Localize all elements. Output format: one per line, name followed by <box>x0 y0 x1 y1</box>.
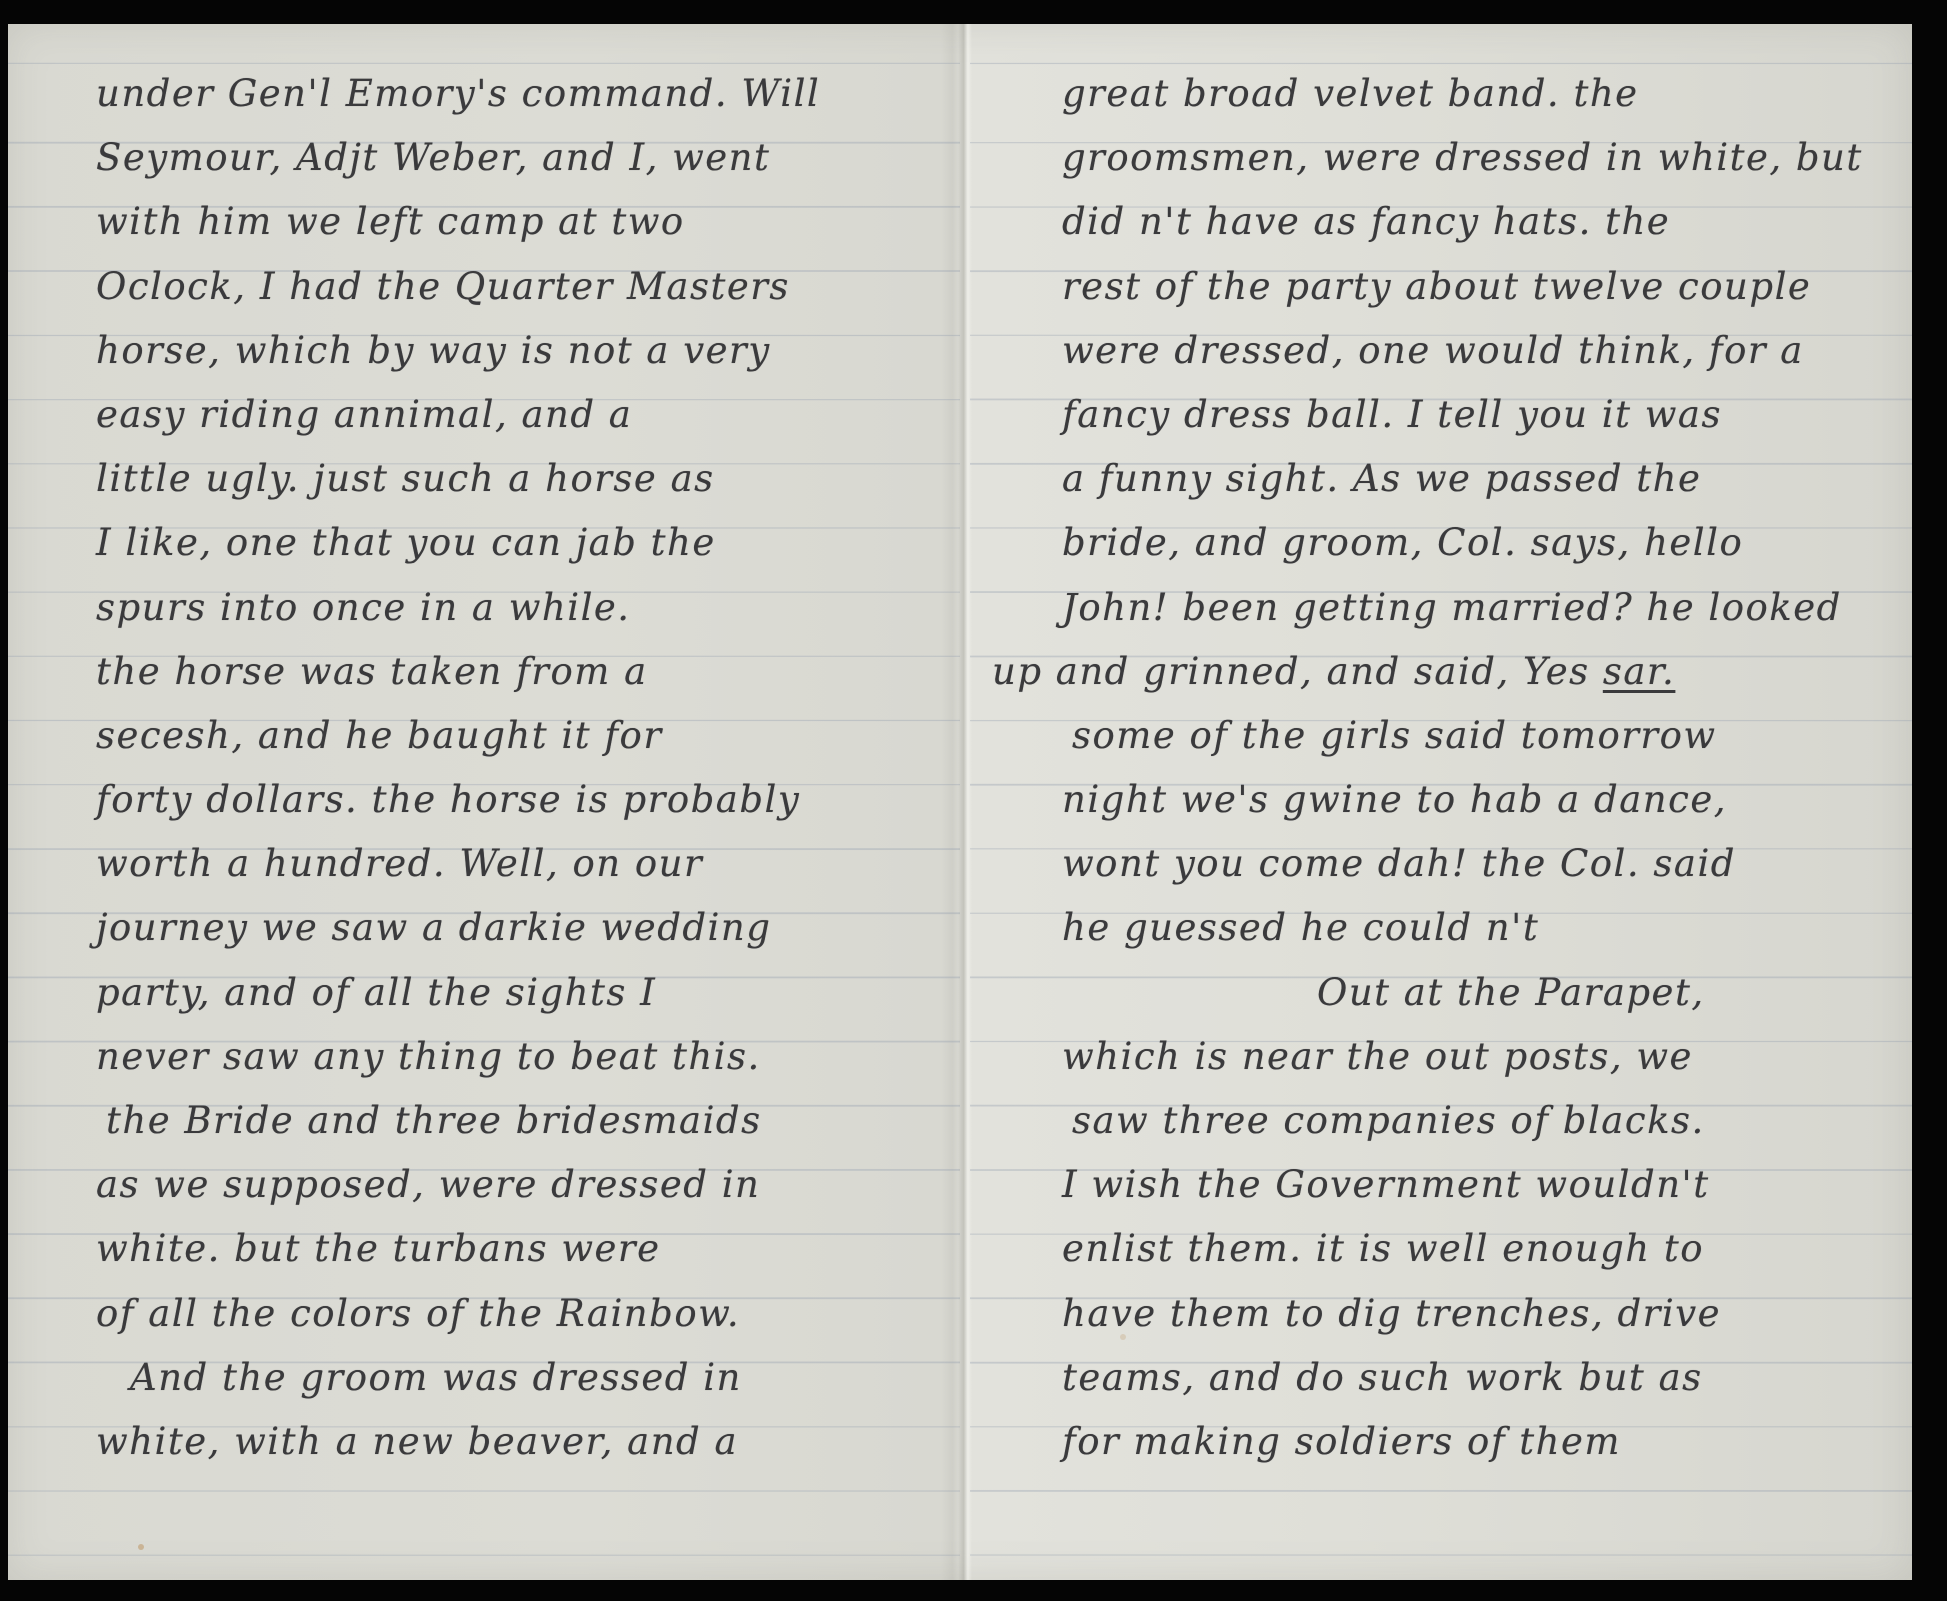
text-line: as we supposed, were dressed in <box>96 1153 960 1217</box>
text-line: horse, which by way is not a very <box>96 319 960 383</box>
right-page: great broad velvet band. the groomsmen, … <box>970 24 1912 1580</box>
paper-stain <box>138 1544 144 1550</box>
text-line: the Bride and three bridesmaids <box>96 1089 960 1153</box>
left-page-text: under Gen'l Emory's command. Will Seymou… <box>8 62 960 1474</box>
text-line: never saw any thing to beat this. <box>96 1025 960 1089</box>
text-segment: up and grinned, and said, Yes <box>992 650 1590 693</box>
text-line: party, and of all the sights I <box>96 961 960 1025</box>
text-line: easy riding annimal, and a <box>96 383 960 447</box>
text-line: the horse was taken from a <box>96 640 960 704</box>
text-line: Oclock, I had the Quarter Masters <box>96 255 960 319</box>
text-line: up and grinned, and said, Yes sar. <box>992 640 1912 704</box>
text-line: bride, and groom, Col. says, hello <box>1062 511 1912 575</box>
text-line: worth a hundred. Well, on our <box>96 832 960 896</box>
text-line: for making soldiers of them <box>1062 1410 1912 1474</box>
text-line: he guessed he could n't <box>1062 896 1912 960</box>
text-line: Seymour, Adjt Weber, and I, went <box>96 126 960 190</box>
text-line: night we's gwine to hab a dance, <box>1062 768 1912 832</box>
text-line: some of the girls said tomorrow <box>1062 704 1912 768</box>
letter-sheet: under Gen'l Emory's command. Will Seymou… <box>8 24 1912 1580</box>
text-line: enlist them. it is well enough to <box>1062 1217 1912 1281</box>
text-line: little ugly. just such a horse as <box>96 447 960 511</box>
text-line: of all the colors of the Rainbow. <box>96 1282 960 1346</box>
scan-background: under Gen'l Emory's command. Will Seymou… <box>0 0 1947 1601</box>
text-line: teams, and do such work but as <box>1062 1346 1912 1410</box>
text-line: under Gen'l Emory's command. Will <box>96 62 960 126</box>
right-page-text: great broad velvet band. the groomsmen, … <box>970 62 1912 1474</box>
text-line: I like, one that you can jab the <box>96 511 960 575</box>
text-line: have them to dig trenches, drive <box>1062 1282 1912 1346</box>
text-line: which is near the out posts, we <box>1062 1025 1912 1089</box>
text-line: a funny sight. As we passed the <box>1062 447 1912 511</box>
paragraph-start-line: And the groom was dressed in <box>96 1346 960 1410</box>
text-line: did n't have as fancy hats. the <box>1062 190 1912 254</box>
text-line: wont you come dah! the Col. said <box>1062 832 1912 896</box>
underlined-word: sar. <box>1603 650 1675 693</box>
text-line: great broad velvet band. the <box>1062 62 1912 126</box>
text-line: John! been getting married? he looked <box>1062 576 1912 640</box>
text-line: white, with a new beaver, and a <box>96 1410 960 1474</box>
text-line: white. but the turbans were <box>96 1217 960 1281</box>
text-line: groomsmen, were dressed in white, but <box>1062 126 1912 190</box>
left-page: under Gen'l Emory's command. Will Seymou… <box>8 24 960 1580</box>
text-line: fancy dress ball. I tell you it was <box>1062 383 1912 447</box>
paper-stain <box>1120 1334 1126 1340</box>
text-line: with him we left camp at two <box>96 190 960 254</box>
text-line: secesh, and he baught it for <box>96 704 960 768</box>
paragraph-start-line: Out at the Parapet, <box>1062 961 1912 1025</box>
text-line: were dressed, one would think, for a <box>1062 319 1912 383</box>
text-line: spurs into once in a while. <box>96 576 960 640</box>
text-line: saw three companies of blacks. <box>1062 1089 1912 1153</box>
text-line: rest of the party about twelve couple <box>1062 255 1912 319</box>
text-line: forty dollars. the horse is probably <box>96 768 960 832</box>
text-line: I wish the Government wouldn't <box>1062 1153 1912 1217</box>
text-line: journey we saw a darkie wedding <box>96 896 960 960</box>
